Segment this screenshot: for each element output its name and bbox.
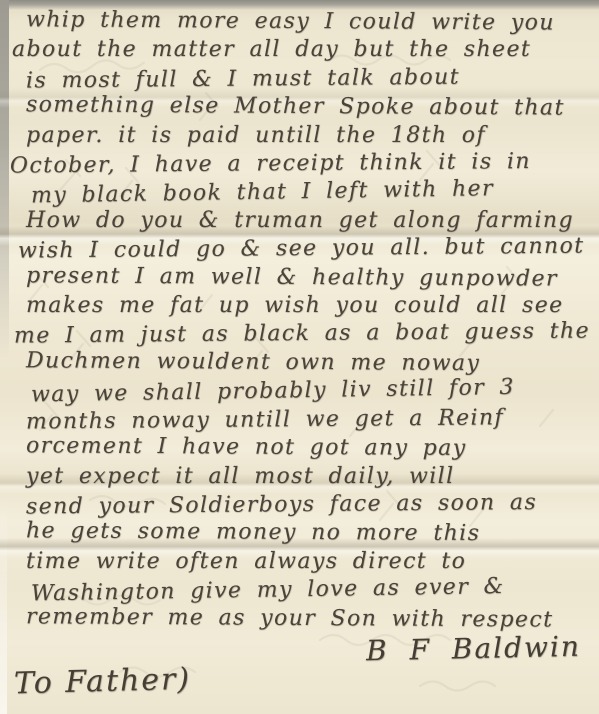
letter-line: something else Mother Spoke about that [26,91,597,123]
letter-line: present I am well & healthy gunpowder [26,262,597,294]
letter-line: about the matter all day but the sheet [12,36,597,64]
closing-note: To Father) [14,662,192,702]
letter-line: me I am just as black as a boat guess th… [14,318,597,351]
letter-line: paper. it is paid untill the 18th of [26,122,597,150]
letter-line: is most full & I must talk about [26,62,597,95]
letter-line: whip them more easy I could write you [26,6,597,38]
letter-line: orcement I have not got any pay [26,432,597,464]
signature: B F Baldwin [366,630,582,667]
letter-line: remember me as your Son with respect [26,603,597,635]
letter-line: yet expect it all most daily, will [26,463,597,491]
letter-line: How do you & truman get along farming [26,207,597,235]
letter-line: months noway untill we get a Reinf [26,403,597,436]
letter-line: makes me fat up wish you could all see [26,292,597,320]
letter-line: he gets some money no more this [26,518,597,550]
letter-body: whip them more easy I could write youabo… [0,6,599,633]
scanned-letter-page: whip them more easy I could write youabo… [0,0,599,714]
letter-line: wish I could go & see you all. but canno… [18,233,597,266]
